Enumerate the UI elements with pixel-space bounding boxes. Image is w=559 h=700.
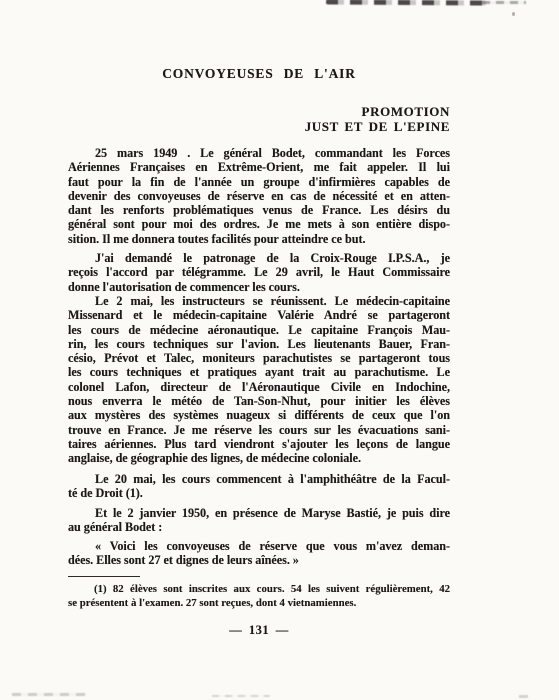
paragraph: Le 2 mai, les instructeurs se réunissent… [68,294,450,466]
text-line: faut pour la fin de l'année un groupe d'… [68,175,450,189]
paragraph: « Voici les convoyeuses de réserve que v… [68,539,450,568]
text-line: J'ai demandé le patronage de la Croix-Ro… [68,251,450,265]
text-line: taires aériennes. Plus tard viendront s'… [68,437,450,451]
text-line: Missenard et le médecin-capitaine Valéri… [68,308,450,322]
scan-smudge-bottom-mid [212,695,270,697]
text-line: rin, les cours techniques sur l'avion. L… [68,337,450,351]
footnote-rule [68,576,140,577]
text-line: devenir des convoyeuses de réserve en ca… [68,189,450,203]
promotion-line-2: JUST ET DE L'EPINE [68,120,450,135]
text-line: té de Droit (1). [68,486,450,500]
text-line: nous enverra le météo de Tan-Son-Nhut, p… [68,394,450,408]
chapter-title: CONVOYEUSES DE L'AIR [68,66,450,82]
text-line: dées. Elles sont 27 et dignes de leurs a… [68,553,450,567]
text-line: les cours techniques et pratiques ayant … [68,365,450,379]
scan-smudge-bottom-right [519,695,528,698]
text-line: colonel Lafon, directeur de l'Aéronautiq… [68,380,450,394]
text-line: dant les renforts problématiques venus d… [68,203,450,217]
page-content: CONVOYEUSES DE L'AIR PROMOTION JUST ET D… [68,64,450,638]
scan-speck [512,12,515,16]
scan-smudge-top [326,0,486,6]
paragraph: Et le 2 janvier 1950, en présence de Mar… [68,506,450,535]
paragraph: 25 mars 1949 . Le général Bodet, command… [68,146,450,246]
text-line: aux mystères des systèmes nuageux si dif… [68,408,450,422]
text-line: « Voici les convoyeuses de réserve que v… [68,539,450,553]
scanned-book-page: CONVOYEUSES DE L'AIR PROMOTION JUST ET D… [0,0,559,700]
text-line: se présentent à l'examen. 27 sont reçues… [68,597,450,611]
text-line: (1) 82 élèves sont inscrites aux cours. … [68,583,450,597]
body-text: 25 mars 1949 . Le général Bodet, command… [68,146,450,567]
footnote: (1) 82 élèves sont inscrites aux cours. … [68,576,450,610]
text-line: général sont pour moi des ordres. Je me … [68,217,450,231]
paragraph: Le 20 mai, les cours commencent à l'amph… [68,472,450,501]
text-line: Aériennes Françaises en Extrême-Orient, … [68,160,450,174]
scan-smudge-bottom-left [12,693,86,696]
page-number: — 131 — [68,623,450,638]
text-line: anglaise, de géographie des lignes, de m… [68,451,450,465]
text-line: reçois l'accord par télégramme. Le 29 av… [68,265,450,279]
text-line: césio, Prévot et Talec, moniteurs parach… [68,351,450,365]
text-line: donne l'autorisation de commencer les co… [68,280,450,294]
promotion-line-1: PROMOTION [68,105,450,120]
scan-smudge-top-tail [482,1,526,4]
text-line: au général Bodet : [68,520,450,534]
text-line: trouve en France. Je me réserve les cour… [68,423,450,437]
text-line: Et le 2 janvier 1950, en présence de Mar… [68,506,450,520]
text-line: 25 mars 1949 . Le général Bodet, command… [68,146,450,160]
promotion-heading: PROMOTION JUST ET DE L'EPINE [68,105,450,134]
text-line: sition. Il me donnera toutes facilités p… [68,232,450,246]
text-line: Le 2 mai, les instructeurs se réunissent… [68,294,450,308]
text-line: les cours de médecine aéronautique. Le c… [68,323,450,337]
text-line: Le 20 mai, les cours commencent à l'amph… [68,472,450,486]
footnote-text: (1) 82 élèves sont inscrites aux cours. … [68,583,450,610]
paragraph: J'ai demandé le patronage de la Croix-Ro… [68,251,450,294]
